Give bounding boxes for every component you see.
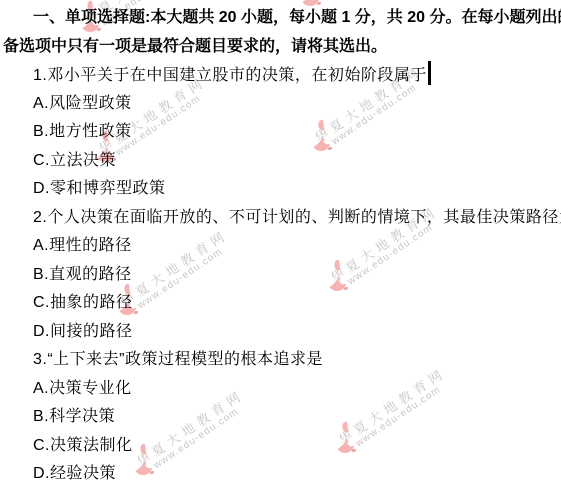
document-text-area[interactable]: 一、单项选择题:本大题共 20 小题，每小题 1 分，共 20 分。在每小题列出… [0,0,561,489]
question-1-option-c: C.立法决策 [0,147,561,176]
question-2-option-b: B.直观的路径 [0,261,561,290]
question-2-stem: 2.个人决策在面临开放的、不可计划的、判断的情境下，其最佳决策路径为 [0,204,561,233]
question-2-option-a: A.理性的路径 [0,232,561,261]
question-3-option-c: C.决策法制化 [0,432,561,461]
section-header-line-2: 备选项中只有一项是最符合题目要求的，请将其选出。 [0,33,561,62]
question-2-option-d: D.间接的路径 [0,318,561,347]
question-3-option-d: D.经验决策 [0,460,561,489]
question-1-option-a: A.风险型政策 [0,90,561,119]
section-header-line-1: 一、单项选择题:本大题共 20 小题，每小题 1 分，共 20 分。在每小题列出… [0,4,561,33]
question-3-option-b: B.科学决策 [0,403,561,432]
question-2-option-c: C.抽象的路径 [0,289,561,318]
question-1-text: 1.邓小平关于在中国建立股市的决策，在初始阶段属于 [33,67,427,84]
question-3-stem: 3.“上下来去”政策过程模型的根本追求是 [0,346,561,375]
question-3-option-a: A.决策专业化 [0,375,561,404]
text-cursor [428,61,431,85]
exam-document-page: 华夏大地教育网 www.edu-edu.com 华夏大地教育网 www.edu-… [0,0,561,489]
question-1-stem: 1.邓小平关于在中国建立股市的决策，在初始阶段属于 [0,61,561,90]
question-1-option-d: D.零和博弈型政策 [0,175,561,204]
question-1-option-b: B.地方性政策 [0,118,561,147]
